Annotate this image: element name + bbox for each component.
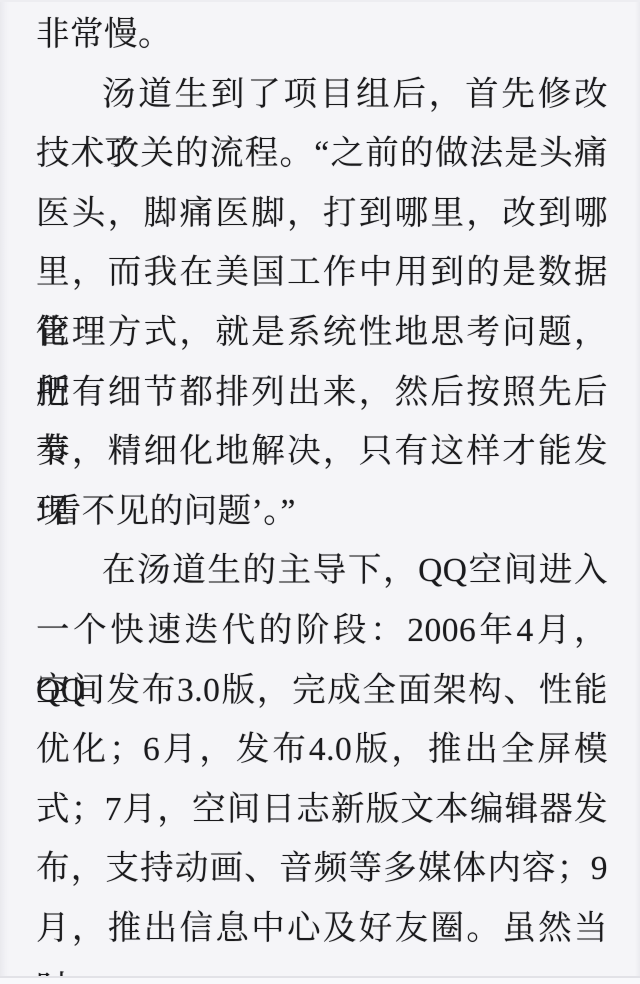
book-page[interactable]: 非常慢。汤道生到了项目组后，首先修改了技术攻关的流程。“之前的做法是头痛医头，脚…	[0, 0, 640, 984]
text-line: ‘看不见的问题’。”	[36, 482, 608, 542]
text-line: 布，支持动画、音频等多媒体内容；9	[36, 839, 608, 899]
text-line: 在汤道生的主导下，QQ空间进入	[36, 541, 608, 601]
text-line: 技术攻关的流程。“之前的做法是头痛	[36, 124, 608, 184]
text-line: 空间发布3.0版，完成全面架构、性能	[36, 661, 608, 721]
text-line: 月，推出信息中心及好友圈。虽然当时	[36, 899, 608, 959]
text-line: 医头，脚痛医脚，打到哪里，改到哪	[36, 184, 608, 244]
text-line: 里，而我在美国工作中用到的是数据化	[36, 243, 608, 303]
text-line: 式；7月，空间日志新版文本编辑器发	[36, 780, 608, 840]
page-edge-right	[635, 0, 640, 984]
page-edge-bottom-line	[0, 976, 640, 978]
page-edge-top	[0, 0, 640, 2]
text-line: 优化；6月，发布4.0版，推出全屏模	[36, 720, 608, 780]
page-text: 非常慢。汤道生到了项目组后，首先修改了技术攻关的流程。“之前的做法是头痛医头，脚…	[36, 5, 608, 959]
text-line: 汤道生到了项目组后，首先修改了	[36, 65, 608, 125]
text-line: 所有细节都排列出来，然后按照先后节	[36, 363, 608, 423]
text-line: 管理方式，就是系统性地思考问题，把	[36, 303, 608, 363]
text-line: 非常慢。	[36, 5, 608, 65]
page-edge-left	[0, 0, 9, 984]
text-line: 一个快速迭代的阶段：2006年4月，QQ	[36, 601, 608, 661]
text-line: 奏，精细化地解决，只有这样才能发现	[36, 422, 608, 482]
page-edge-bottom-band	[0, 978, 640, 984]
